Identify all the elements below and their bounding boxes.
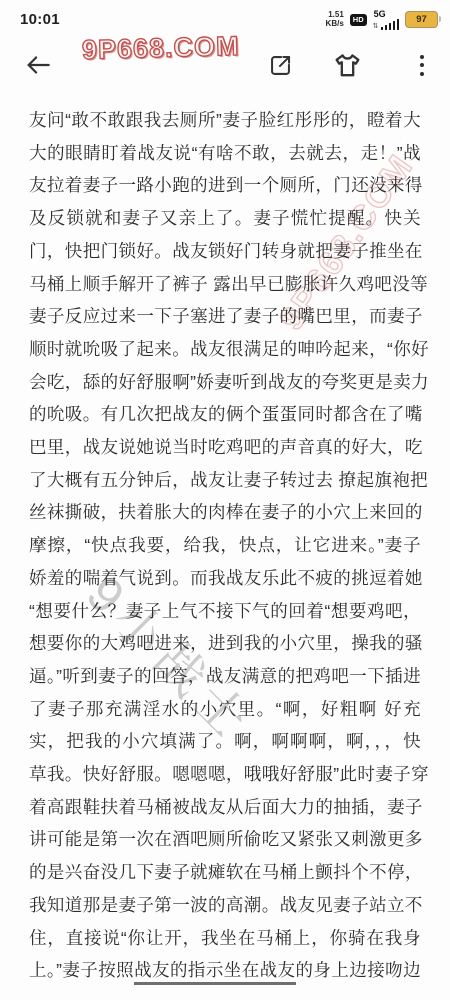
- back-button[interactable]: [22, 49, 54, 81]
- text-line: 丝袜撕破，扶着胀大的肉棒在妻子的小穴上来回的: [29, 496, 421, 529]
- text-line: 住，直接说“你让开，我坐在马桶上，你骑在我身: [29, 922, 421, 955]
- last-line-underlined: 战友的指示坐在战友: [134, 960, 295, 985]
- text-line: 马桶上顺手解开了裤子 露出早已膨胀许久鸡吧没等: [29, 268, 421, 301]
- share-icon: [267, 52, 294, 79]
- status-bar: 10:01 1.51 KB/s HD 5G ⇅ 97: [0, 0, 450, 35]
- text-line: 逼。”听到妻子的回答，战友满意的把鸡吧一下插进: [29, 660, 421, 693]
- text-line: 友拉着妻子一路小跑的进到一个厕所，门还没来得: [29, 169, 421, 202]
- text-line: 的是兴奋没几下妻子就瘫软在马桶上颤抖个不停，: [29, 856, 421, 889]
- text-line: 讲可能是第一次在酒吧厕所偷吃又紧张又刺激更多: [29, 823, 421, 856]
- network-type-label: 5G: [374, 10, 386, 19]
- text-line: 草我。快好舒服。嗯嗯嗯，哦哦好舒服”此时妻子穿: [29, 758, 421, 791]
- text-line: 娇羞的喘着气说到。而我战友乐此不疲的挑逗着她: [29, 562, 421, 595]
- text-line: 了大概有五分钟后，战友让妻子转过去 撩起旗袍把: [29, 464, 421, 497]
- text-line: 大的眼睛盯着战友说“有啥不敢，去就去，走！”战: [29, 137, 421, 170]
- text-lines: 友问“敢不敢跟我去厕所”妻子脸红彤彤的，瞪着大大的眼睛盯着战友说“有啥不敢，去就…: [29, 104, 421, 954]
- data-arrows-icon: ⇅: [373, 23, 379, 30]
- text-line: 巴里，战友说她说当时吃鸡吧的声音真的好大，吃: [29, 431, 421, 464]
- text-line: 门，快把门锁好。战友锁好门转身就把妻子推坐在: [29, 235, 421, 268]
- text-line: 顺时就吮吸了起来。战友很满足的呻吟起来，“你好: [29, 333, 421, 366]
- status-time: 10:01: [20, 11, 60, 28]
- kebab-menu-icon: [420, 55, 424, 76]
- hd-volte-icon: HD: [350, 14, 367, 26]
- text-line: 会吃，舔的好舒服啊”娇妻听到战友的夸奖更是卖力: [29, 366, 421, 399]
- text-line: 的吮吸。有几次把战友的俩个蛋蛋同时都含在了嘴: [29, 398, 421, 431]
- signal-bars-row: ⇅: [373, 19, 399, 30]
- text-line: 着高跟鞋扶着马桶被战友从后面大力的抽插，妻子: [29, 791, 421, 824]
- text-line: 摩擦，“快点我要，给我，快点，让它进来。”妻子: [29, 529, 421, 562]
- text-line: 实，把我的小穴填满了。啊，啊啊啊，啊，，，快: [29, 725, 421, 758]
- share-button[interactable]: [264, 49, 296, 81]
- text-line: 及反锁就和妻子又亲上了。妻子慌忙提醒。快关: [29, 202, 421, 235]
- signal-indicator: 5G ⇅: [373, 10, 399, 30]
- more-options-button[interactable]: [406, 49, 438, 81]
- battery-percent: 97: [416, 14, 427, 25]
- text-line: 想要你的大鸡吧进来，进到我的小穴里，操我的骚: [29, 627, 421, 660]
- text-line: 友问“敢不敢跟我去厕所”妻子脸红彤彤的，瞪着大: [29, 104, 421, 137]
- text-line: 我知道那是妻子第一波的高潮。战友见妻子站立不: [29, 889, 421, 922]
- reading-page[interactable]: 9P668.COM 9小战士 友问“敢不敢跟我去厕所”妻子脸红彤彤的，瞪着大大的…: [0, 95, 450, 1000]
- text-line: “想要什么？妻子上气不接下气的回着“想要鸡吧，: [29, 595, 421, 628]
- last-line-pre: 上。”妻子按照: [29, 960, 134, 980]
- text-line: 妻子反应过来一下子塞进了妻子的嘴巴里，而妻子: [29, 300, 421, 333]
- network-speed: 1.51 KB/s: [326, 11, 344, 28]
- reader-theme-button[interactable]: [331, 49, 363, 81]
- text-line: 了妻子那充满淫水的小穴里。“啊，好粗啊 好充: [29, 693, 421, 726]
- text-line-last: 上。”妻子按照战友的指示坐在战友的身上边接吻边: [29, 954, 421, 987]
- reader-screen: 10:01 1.51 KB/s HD 5G ⇅ 97: [0, 0, 450, 1000]
- last-line-post: 的身上边接吻边: [296, 960, 422, 980]
- signal-bars-icon: [381, 19, 400, 30]
- status-right-cluster: 1.51 KB/s HD 5G ⇅ 97: [326, 10, 438, 30]
- battery-icon: 97: [405, 11, 438, 28]
- site-logo-watermark: 9P668.COM: [82, 31, 240, 66]
- tshirt-icon: [332, 50, 363, 81]
- back-arrow-icon: [23, 50, 53, 80]
- network-speed-unit: KB/s: [326, 20, 344, 29]
